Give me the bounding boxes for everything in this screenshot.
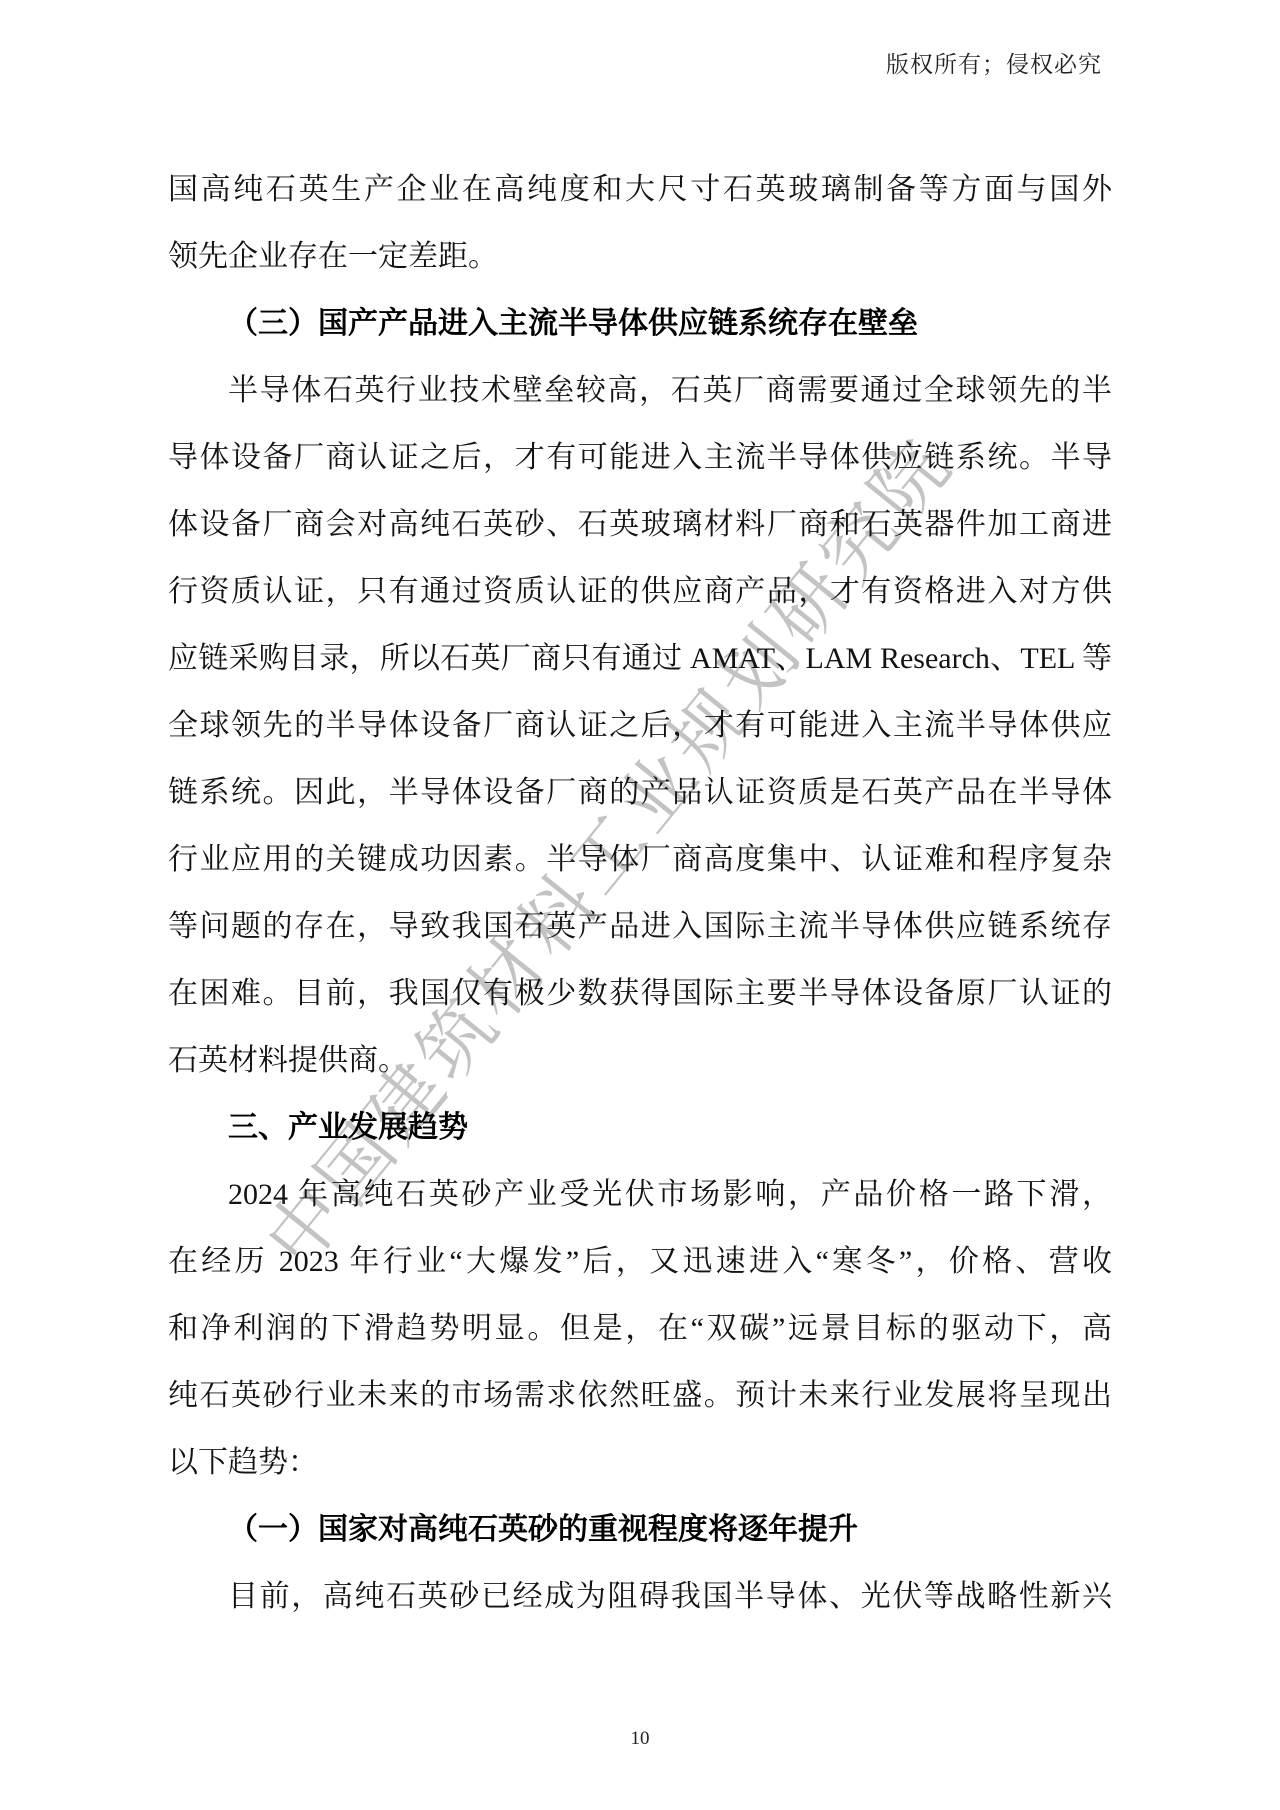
body-line: 2024 年高纯石英砂产业受光伏市场影响，产品价格一路下滑， — [168, 1161, 1112, 1228]
body-line: 国高纯石英生产企业在高纯度和大尺寸石英玻璃制备等方面与国外 — [168, 156, 1112, 223]
body-line: 目前，高纯石英砂已经成为阻碍我国半导体、光伏等战略性新兴 — [168, 1563, 1112, 1630]
body-line: 导体设备厂商认证之后，才有可能进入主流半导体供应链系统。半导 — [168, 424, 1112, 491]
section-heading: （三）国产产品进入主流半导体供应链系统存在壁垒 — [168, 290, 1112, 357]
body-line: 链系统。因此，半导体设备厂商的产品认证资质是石英产品在半导体 — [168, 759, 1112, 826]
body-line: 石英材料提供商。 — [168, 1027, 1112, 1094]
body-line: 以下趋势： — [168, 1429, 1112, 1496]
body-line: 领先企业存在一定差距。 — [168, 223, 1112, 290]
body-line: 纯石英砂行业未来的市场需求依然旺盛。预计未来行业发展将呈现出 — [168, 1362, 1112, 1429]
copyright-notice: 版权所有；侵权必究 — [886, 46, 1102, 79]
section-heading: （一）国家对高纯石英砂的重视程度将逐年提升 — [168, 1496, 1112, 1563]
page-number: 10 — [0, 1728, 1280, 1750]
body-line: 行资质认证，只有通过资质认证的供应商产品，才有资格进入对方供 — [168, 558, 1112, 625]
body-line: 半导体石英行业技术壁垒较高，石英厂商需要通过全球领先的半 — [168, 357, 1112, 424]
document-body: 国高纯石英生产企业在高纯度和大尺寸石英玻璃制备等方面与国外 领先企业存在一定差距… — [168, 156, 1112, 1630]
body-line: 行业应用的关键成功因素。半导体厂商高度集中、认证难和程序复杂 — [168, 826, 1112, 893]
body-line: 在困难。目前，我国仅有极少数获得国际主要半导体设备原厂认证的 — [168, 960, 1112, 1027]
body-line: 应链采购目录，所以石英厂商只有通过 AMAT、LAM Research、TEL … — [168, 625, 1112, 692]
section-heading: 三、产业发展趋势 — [168, 1094, 1112, 1161]
document-page: 版权所有；侵权必究 中国建筑材料工业规划研究院 国高纯石英生产企业在高纯度和大尺… — [0, 0, 1280, 1810]
body-line: 体设备厂商会对高纯石英砂、石英玻璃材料厂商和石英器件加工商进 — [168, 491, 1112, 558]
body-line: 全球领先的半导体设备厂商认证之后，才有可能进入主流半导体供应 — [168, 692, 1112, 759]
body-line: 在经历 2023 年行业“大爆发”后，又迅速进入“寒冬”，价格、营收 — [168, 1228, 1112, 1295]
body-line: 等问题的存在，导致我国石英产品进入国际主流半导体供应链系统存 — [168, 893, 1112, 960]
body-line: 和净利润的下滑趋势明显。但是，在“双碳”远景目标的驱动下，高 — [168, 1295, 1112, 1362]
